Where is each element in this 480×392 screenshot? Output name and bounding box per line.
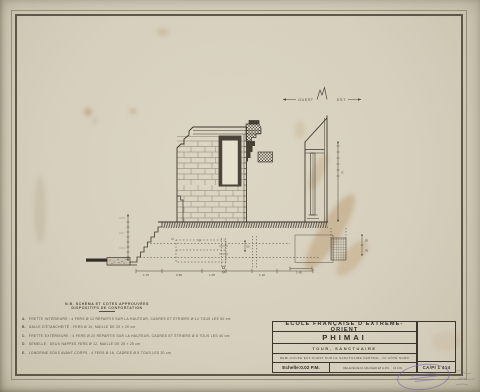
note-key: C. (22, 334, 26, 338)
ground-hatch (158, 222, 328, 228)
stamp-line (414, 378, 434, 381)
dim-pile-a: 50 (365, 239, 369, 243)
notes-underline (99, 311, 115, 312)
confortation-notes: N.B. SCHÉMA ET COTES APPROUVÉES DISPOSIT… (22, 302, 272, 355)
note-key: E. (22, 351, 26, 355)
note-item-b: B. DALLE D'ÉTANCHÉITÉ : FERS Ø 10, MAILL… (22, 325, 272, 329)
foundation-right (290, 228, 364, 271)
note-text: FRETTE EXTÉRIEURE : 4 FERS Ø 20 RÉPARTIS… (29, 334, 230, 338)
credit-date: 16.3.61 (393, 366, 403, 370)
drawing-caption: DEMI-COUPE EST-OUEST SUR LE SANCTUAIRE C… (273, 354, 416, 363)
axis-peak-symbol (317, 88, 327, 100)
left-dimension (119, 214, 130, 261)
key-ref-e: E (342, 171, 344, 175)
pencil-scribble (455, 371, 475, 386)
title-block-left: ÉCOLE FRANÇAISE D'EXTRÊME-ORIENT PHIMAI … (273, 322, 418, 372)
key-ref-b: B (199, 239, 201, 243)
compass-axis (283, 88, 361, 101)
credit-text: RELEVÉ DE M. MAUGER ET A.P.K. (343, 366, 390, 370)
dim-1: 1.70 (143, 273, 149, 277)
foundation-center (140, 236, 320, 273)
note-item-a: A. FRETTE INTÉRIEURE : 4 FERS Ø 12 RÉPAR… (22, 317, 272, 321)
note-item-e: E. LONGRINE SOUS AVANT-CORPS : 4 FERS Ø … (22, 351, 272, 355)
dim-front: 1.40 (296, 271, 302, 275)
note-item-d: D. SEMELLE : DEUX NAPPES FERS Ø 12, MAIL… (22, 342, 272, 346)
label-east: EST (337, 98, 346, 102)
dim-4: 1.10 (259, 273, 265, 277)
institution-name: ÉCOLE FRANÇAISE D'EXTRÊME-ORIENT (273, 322, 416, 332)
note-text: FRETTE INTÉRIEURE : 4 FERS Ø 12 RÉPARTIS… (29, 317, 231, 321)
empty-cell (418, 322, 455, 362)
dim-2: 0.85 (176, 273, 182, 277)
notes-heading: DISPOSITIFS DE CONFORTATION (22, 306, 192, 310)
key-ref-d: D (172, 237, 175, 241)
note-text: DALLE D'ÉTANCHÉITÉ : FERS Ø 10, MAILLE D… (29, 325, 136, 329)
dim-center: 50 (247, 245, 251, 249)
scale-row: Echelle:0.02 P.M. RELEVÉ DE M. MAUGER ET… (273, 363, 416, 372)
note-text: SEMELLE : DEUX NAPPES FERS Ø 12, MAILLE … (29, 342, 140, 346)
note-item-c: C. FRETTE EXTÉRIEURE : 4 FERS Ø 20 RÉPAR… (22, 334, 272, 338)
right-dimension (337, 141, 340, 222)
dim-pile-b: 95 (365, 249, 369, 253)
dim-3: 1.05 (209, 273, 215, 277)
corbel-details (246, 121, 273, 163)
door-niche (219, 136, 241, 187)
note-key: D. (22, 342, 26, 346)
note-key: B. (22, 325, 26, 329)
porch-structure (305, 116, 327, 223)
note-text: LONGRINE SOUS AVANT-CORPS : 4 FERS Ø 16,… (29, 351, 171, 355)
drawing-subject: TOUR, SANCTUAIRE (273, 344, 416, 354)
note-key: A. (22, 317, 26, 321)
scale-label: Echelle:0.02 P.M. (273, 363, 330, 372)
label-west: OUEST (298, 98, 314, 102)
drawing-sheet: OUEST EST 1.70 0.85 1.05 1.10 1.40 50 95… (0, 0, 480, 392)
site-name: PHIMAI (273, 332, 416, 344)
